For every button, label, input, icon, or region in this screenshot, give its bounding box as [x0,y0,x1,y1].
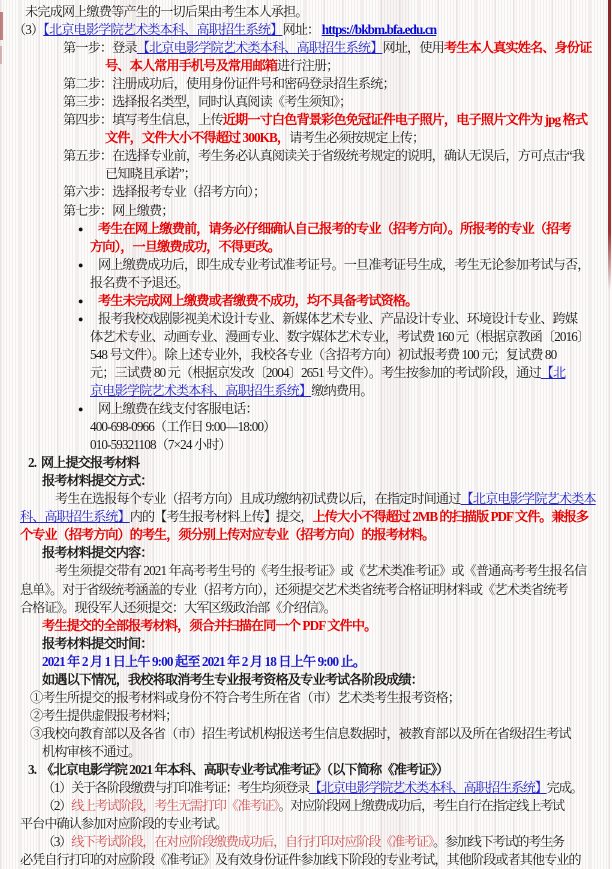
doc-line: 报考材料提交方式： [0,472,612,490]
doc-line: 第二步：注册成功后，使用身份证件号和密码登录招生系统； [0,75,612,93]
doc-line: ●网上缴费成功后，即生成专业考试准考证号。一旦准考证号生成，考生无论参加考试与否… [0,256,612,274]
doc-line: 第五步：在选择专业前，考生务必认真阅读关于省级统考规定的说明，确认无误后，方可点… [0,147,612,165]
doc-line: 报名费不予退还。 [0,274,612,292]
bullet-icon: ● [78,310,98,328]
doc-line: 个专业（招考方向）的考生，须分别上传对应专业（招考方向）的报考材料。 [0,526,612,544]
text-segment: 2. 网上提交报考材料 [28,455,139,470]
text-segment: 第二步：注册成功后，使用身份证件号和密码登录招生系统； [63,76,395,91]
bullet-icon: ● [78,400,98,418]
text-segment: 报考材料提交时间： [42,636,153,651]
text-segment: 网址： [282,22,321,37]
text-segment: 平台中确认参加对应阶段的专业考试。 [20,816,227,831]
doc-line: 3. 《北京电影学院 2021 年本科、高职专业考试准考证》（以下简称《准考证》… [0,761,612,779]
text-segment: ②考生提供虚假报考材料； [30,708,177,723]
text-segment: 400-698-0966（工作日 9:00—18:00） [90,419,275,434]
link-admission-system[interactable]: 【北京电影学院艺术类本科、高职招生系统】 [137,40,383,55]
text-segment: 3. 《北京电影学院 2021 年本科、高职专业考试准考证》（以下简称《准考证》… [28,762,448,777]
text-segment: 未完成网上缴费等产生的一切后果由考生本人承担。 [25,4,308,19]
doc-line: 文件，文件大小不得超过 300KB，请考生必须按规定上传； [0,129,612,147]
doc-line: 考生须提交带有 2021 年高考考生号的《考生报考证》或《艺术类准考证》或《普通… [0,562,612,580]
doc-line: （3）【北京电影学院艺术类本科、高职招生系统】网址： https://bkbm.… [0,21,612,39]
text-segment: 号、本人常用手机号及常用邮箱 [105,58,277,73]
text-segment: 。对应阶段网上缴费成功后，考生自行在指定线上考试 [278,798,563,813]
text-segment: 010-59321108（7×24 小时） [90,437,231,452]
doc-line: 第六步：选择报考专业（招考方向）； [0,183,612,201]
text-segment: 体艺术专业、动画专业、漫画专业、数字媒体艺术专业，考试费 160 元（根据京教函… [90,329,589,344]
text-segment: 网上缴费在线支付客服电话： [98,401,258,416]
link-admission-system[interactable]: 科、高职招生系统】 [20,509,130,524]
text-segment: 第六步：选择报考专业（招考方向）； [63,184,265,199]
text-segment: 考生在选报每个专业（招考方向）且成功缴纳初试费以后，在指定时间通过 [55,491,461,506]
text-segment: 元；三试费 80 元（根据京发改〔2004〕2651 号文件）。考生按参加的考试… [90,365,541,380]
text-segment: 个专业（招考方向）的考生，须分别上传对应专业（招考方向）的报考材料。 [20,527,434,542]
doc-line: 考生在选报每个专业（招考方向）且成功缴纳初试费以后，在指定时间通过【北京电影学院… [0,490,612,508]
link-admission-system[interactable]: 【北京电影学院艺术类本科、高职招生系统】 [43,22,282,37]
text-segment: 近期一寸白色背景彩色免冠证件电子照片，电子照片文件为 jpg 格式 [223,112,587,127]
doc-line: 考生提交的全部报考材料，须合并扫描在同一个 PDF 文件中。 [0,617,612,635]
text-segment: 报考材料提交内容： [42,545,153,560]
document-body: 未完成网上缴费等产生的一切后果由考生本人承担。（3）【北京电影学院艺术类本科、高… [0,3,612,869]
doc-line: 元；三试费 80 元（根据京发改〔2004〕2651 号文件）。考生按参加的考试… [0,364,612,382]
doc-line: 第三步：选择报名类型，同时认真阅读《考生须知》； [0,93,612,111]
scan-artifact-left [0,46,2,64]
text-segment: 进行注册； [277,58,338,73]
doc-line: 未完成网上缴费等产生的一切后果由考生本人承担。 [0,3,612,21]
doc-line: 400-698-0966（工作日 9:00—18:00） [0,418,612,436]
text-segment: 。参加线下考试的考生务 [433,834,564,849]
text-segment: 548 号文件）。除上述专业外，我校各专业（含招考方向）初试报考费 100 元；… [90,347,556,362]
text-segment: 网上缴费成功后，即生成专业考试准考证号。一旦准考证号生成，考生无论参加考试与否， [98,257,590,272]
text-segment: 方向），一旦缴费成功，不得更改。 [90,239,280,254]
text-segment: 考生提交的全部报考材料，须合并扫描在同一个 PDF 文件中。 [42,618,376,633]
doc-line: 报考材料提交时间： [0,635,612,653]
text-segment: 考生在网上缴费前，请务必仔细确认自己报考的专业（招考方向）。所报考的专业（招考 [98,221,571,236]
text-segment: 合格证》。现役军人还须提交：大军区级政治部《介绍信》。 [20,600,336,615]
doc-line: 第七步：网上缴费； [0,202,612,220]
doc-line: 如遇以下情况，我校将取消考生专业报考资格及专业考试各阶段成绩： [0,671,612,689]
text-segment: ①考生所提交的报考材料或身份不符合考生所在省（市）艺术类考生报考资格； [30,690,460,705]
text-segment: 缴纳费用。 [311,383,372,398]
doc-line: 科、高职招生系统】内的【考生报考材料上传】提交，上传大小不得超过 2MB 的扫描… [0,508,612,526]
text-segment: ③我校向教育部以及各省（市）招生考试机构报送考生信息数据时，被教育部以及所在省级… [30,726,571,741]
doc-line: ●考生在网上缴费前，请务必仔细确认自己报考的专业（招考方向）。所报考的专业（招考 [0,220,612,238]
text-segment: 第七步：网上缴费； [63,203,174,218]
doc-line: 平台中确认参加对应阶段的专业考试。 [0,815,612,833]
text-segment: 网址，使用 [382,40,443,55]
doc-line: ●网上缴费在线支付客服电话： [0,400,612,418]
doc-line: ●报考我校戏剧影视美术设计专业、新媒体艺术专业、产品设计专业、环境设计专业、跨媒 [0,310,612,328]
text-segment: 上传大小不得超过 2MB 的扫描版 PDF 文件。兼报多 [313,509,589,524]
doc-line: 第四步：填写考生信息，上传近期一寸白色背景彩色免冠证件电子照片，电子照片文件为 … [0,111,612,129]
text-segment: 如遇以下情况，我校将取消考生专业报考资格及专业考试各阶段成绩： [42,672,423,687]
bullet-icon: ● [78,292,98,310]
doc-line: ③我校向教育部以及各省（市）招生考试机构报送考生信息数据时，被教育部以及所在省级… [0,725,612,743]
link-admission-system[interactable]: 【北京电影学院艺术类本 [461,491,596,506]
text-segment: （3） [42,834,71,849]
doc-line: 方向），一旦缴费成功，不得更改。 [0,238,612,256]
doc-line: 第一步：登录【北京电影学院艺术类本科、高职招生系统】网址，使用考生本人真实姓名、… [0,39,612,57]
scan-artifact-left [0,12,3,40]
text-segment: 请考生必须按规定上传； [289,130,424,145]
doc-line: 010-59321108（7×24 小时） [0,436,612,454]
link-admission-system[interactable]: 京电影学院艺术类本科、高职招生系统】 [90,383,311,398]
bullet-icon: ● [78,256,98,274]
text-segment: 内的【考生报考材料上传】提交， [130,509,313,524]
link-url[interactable]: https://bkbm.bfa.edu.cn [322,22,437,37]
doc-line: 必凭自行打印的对应阶段《准考证》及有效身份证件参加线下阶段的专业考试，其他阶段或… [0,851,612,869]
link-admission-system[interactable]: 【北京电影学院艺术类本科、高职招生系统】 [309,780,547,795]
text-segment: （2） [42,798,71,813]
text-segment: 第五步：在选择专业前，考生务必认真阅读关于省级统考规定的说明，确认无误后，方可点… [63,148,584,163]
text-segment: 报名费不予退还。 [90,275,188,290]
text-segment: 线下考试阶段，在对应阶段缴费成功后，自行打印对应阶段《准考证》 [71,834,433,849]
link-admission-system[interactable]: 【北 [541,365,566,380]
text-segment: （1）关于各阶段缴费与打印准考证：考生均须登录 [42,780,309,795]
text-segment: 第四步：填写考生信息，上传 [63,112,223,127]
doc-line: 2. 网上提交报考材料 [0,454,612,472]
doc-line: （1）关于各阶段缴费与打印准考证：考生均须登录【北京电影学院艺术类本科、高职招生… [0,779,612,797]
text-segment: 线上考试阶段，考生无需打印《准考证》 [71,798,278,813]
doc-line: （3）线下考试阶段，在对应阶段缴费成功后，自行打印对应阶段《准考证》。参加线下考… [0,833,612,851]
text-segment: 第三步：选择报名类型，同时认真阅读《考生须知》； [63,94,351,109]
text-segment: 报考我校戏剧影视美术设计专业、新媒体艺术专业、产品设计专业、环境设计专业、跨媒 [98,311,577,326]
text-segment: 机构审核不通过。 [42,744,140,759]
doc-line: 息单》。对于省级统考涵盖的专业（招考方向），还须提交艺术类省统考合格证明材料或《… [0,581,612,599]
doc-line: 已知晓且承诺”； [0,165,612,183]
doc-line: ①考生所提交的报考材料或身份不符合考生所在省（市）艺术类考生报考资格； [0,689,612,707]
doc-line: 号、本人常用手机号及常用邮箱进行注册； [0,57,612,75]
doc-line: 体艺术专业、动画专业、漫画专业、数字媒体艺术专业，考试费 160 元（根据京教函… [0,328,612,346]
doc-line: 机构审核不通过。 [0,743,612,761]
text-segment: 考生须提交带有 2021 年高考考生号的《考生报考证》或《艺术类准考证》或《普通… [55,563,586,578]
text-segment: 2021 年 2 月 1 日上午 9:00 起至 2021 年 2 月 18 日… [42,654,365,669]
doc-line: （2）线上考试阶段，考生无需打印《准考证》。对应阶段网上缴费成功后，考生自行在指… [0,797,612,815]
text-segment: 考生本人真实姓名、身份证 [444,40,591,55]
text-segment: 完成。 [547,780,583,795]
doc-line: 京电影学院艺术类本科、高职招生系统】缴纳费用。 [0,382,612,400]
doc-line: ②考生提供虚假报考材料； [0,707,612,725]
text-segment: 报考材料提交方式： [42,473,153,488]
doc-line: 2021 年 2 月 1 日上午 9:00 起至 2021 年 2 月 18 日… [0,653,612,671]
text-segment: 文件，文件大小不得超过 300KB， [105,130,289,145]
text-segment: 必凭自行打印的对应阶段《准考证》及有效身份证件参加线下阶段的专业考试，其他阶段或… [20,852,581,867]
document-page: 未完成网上缴费等产生的一切后果由考生本人承担。（3）【北京电影学院艺术类本科、高… [0,0,612,869]
text-segment: 第一步：登录 [63,40,137,55]
text-segment: （3） [13,22,43,37]
text-segment: 已知晓且承诺”； [105,166,196,181]
doc-line: ●考生未完成网上缴费或者缴费不成功，均不具备考试资格。 [0,292,612,310]
doc-line: 548 号文件）。除上述专业外，我校各专业（含招考方向）初试报考费 100 元；… [0,346,612,364]
scan-artifact-right [608,0,611,290]
text-segment: 息单》。对于省级统考涵盖的专业（招考方向），还须提交艺术类省统考合格证明材料或《… [20,582,567,597]
doc-line: 报考材料提交内容： [0,544,612,562]
text-segment: 考生未完成网上缴费或者缴费不成功，均不具备考试资格。 [98,293,417,308]
bullet-icon: ● [78,220,98,238]
doc-line: 合格证》。现役军人还须提交：大军区级政治部《介绍信》。 [0,599,612,617]
